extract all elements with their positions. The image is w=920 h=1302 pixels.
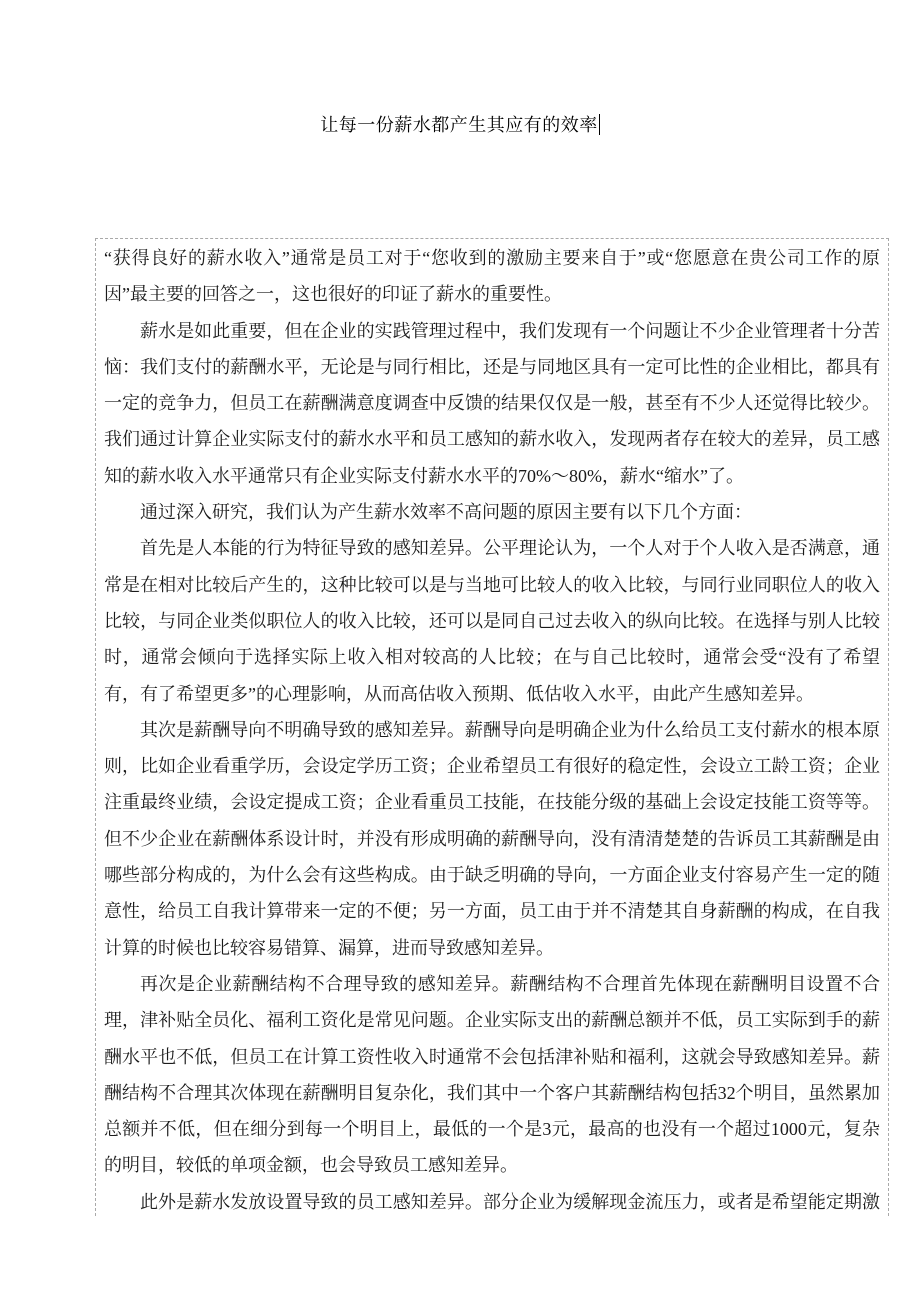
paragraph[interactable]: 此外是薪水发放设置导致的员工感知差异。部分企业为缓解现金流压力，或者是希望能定期…: [104, 1184, 880, 1216]
text-frame[interactable]: “获得良好的薪水收入”通常是员工对于“您收到的激励主要来自于”或“您愿意在贵公司…: [95, 238, 889, 1216]
paragraph[interactable]: 首先是人本能的行为特征导致的感知差异。公平理论认为，一个人对于个人收入是否满意，…: [104, 530, 880, 711]
paragraph[interactable]: “获得良好的薪水收入”通常是员工对于“您收到的激励主要来自于”或“您愿意在贵公司…: [104, 240, 880, 313]
document-title-text: 让每一份薪水都产生其应有的效率: [320, 115, 598, 135]
paragraph[interactable]: 再次是企业薪酬结构不合理导致的感知差异。薪酬结构不合理首先体现在薪酬明目设置不合…: [104, 966, 880, 1184]
paragraph[interactable]: 通过深入研究，我们认为产生薪水效率不高问题的原因主要有以下几个方面：: [104, 494, 880, 530]
document-page: 让每一份薪水都产生其应有的效率 “获得良好的薪水收入”通常是员工对于“您收到的激…: [0, 0, 920, 1302]
paragraph[interactable]: 其次是薪酬导向不明确导致的感知差异。薪酬导向是明确企业为什么给员工支付薪水的根本…: [104, 712, 880, 966]
document-title[interactable]: 让每一份薪水都产生其应有的效率: [0, 112, 920, 138]
paragraph[interactable]: 薪水是如此重要，但在企业的实践管理过程中，我们发现有一个问题让不少企业管理者十分…: [104, 313, 880, 494]
text-cursor: [599, 114, 600, 135]
